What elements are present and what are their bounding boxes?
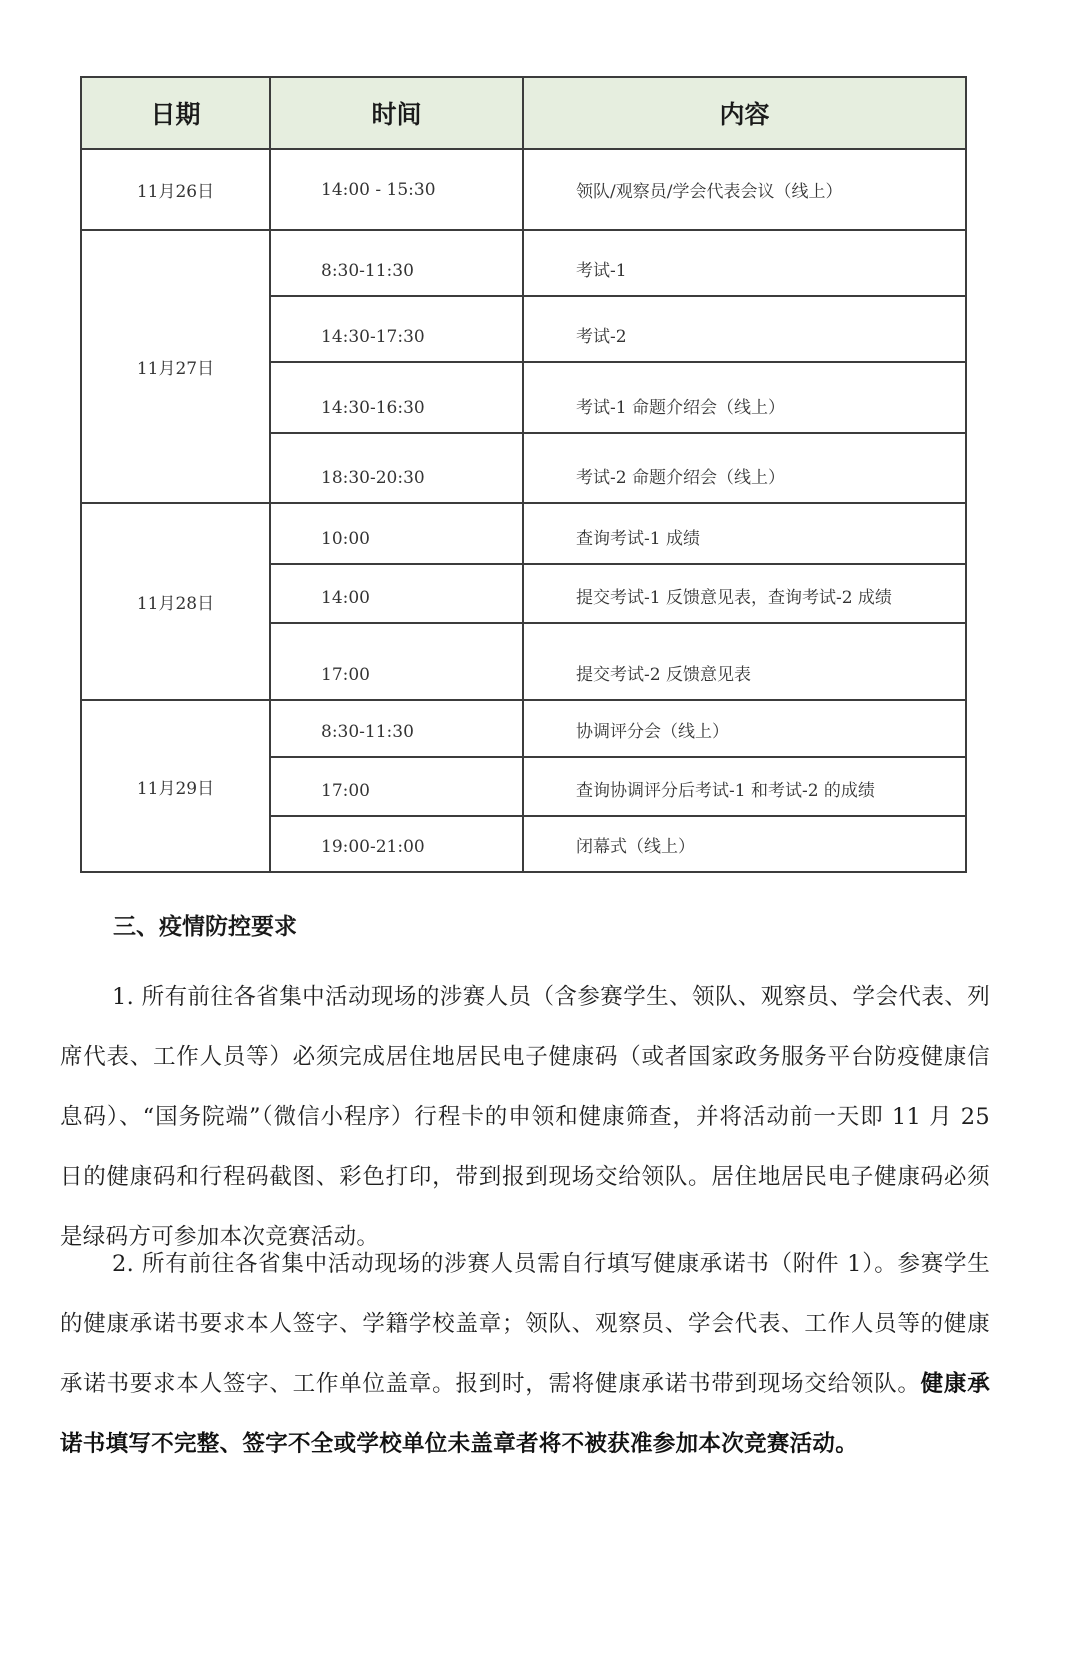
- table-row: 11月26日 14:00 - 15:30 领队/观察员/学会代表会议（线上）: [81, 149, 966, 230]
- time-cell: 10:00: [270, 503, 523, 564]
- table-row: 11月28日 10:00 查询考试-1 成绩: [81, 503, 966, 564]
- content-cell: 提交考试-1 反馈意见表，查询考试-2 成绩: [523, 564, 966, 623]
- date-cell: 11月27日: [81, 230, 270, 503]
- content-cell: 考试-1: [523, 230, 966, 296]
- time-cell: 17:00: [270, 623, 523, 700]
- date-cell: 11月29日: [81, 700, 270, 872]
- header-content: 内容: [523, 77, 966, 149]
- paragraph-1-text: 1. 所有前往各省集中活动现场的涉赛人员（含参赛学生、领队、观察员、学会代表、列…: [60, 984, 990, 1250]
- time-cell: 14:00 - 15:30: [270, 149, 523, 230]
- table-row: 11月27日 8:30-11:30 考试-1: [81, 230, 966, 296]
- paragraph-2: 2. 所有前往各省集中活动现场的涉赛人员需自行填写健康承诺书（附件 1）。参赛学…: [60, 1234, 990, 1474]
- section-heading: 三、疫情防控要求: [113, 908, 297, 941]
- date-cell: 11月28日: [81, 503, 270, 700]
- time-cell: 17:00: [270, 757, 523, 816]
- content-cell: 考试-1 命题介绍会（线上）: [523, 362, 966, 433]
- content-cell: 考试-2: [523, 296, 966, 362]
- time-cell: 14:30-16:30: [270, 362, 523, 433]
- header-date: 日期: [81, 77, 270, 149]
- time-cell: 19:00-21:00: [270, 816, 523, 872]
- time-cell: 8:30-11:30: [270, 700, 523, 757]
- paragraph-2-text: 2. 所有前往各省集中活动现场的涉赛人员需自行填写健康承诺书（附件 1）。参赛学…: [60, 1251, 990, 1397]
- date-cell: 11月26日: [81, 149, 270, 230]
- paragraph-1: 1. 所有前往各省集中活动现场的涉赛人员（含参赛学生、领队、观察员、学会代表、列…: [60, 967, 990, 1267]
- content-cell: 考试-2 命题介绍会（线上）: [523, 433, 966, 503]
- content-cell: 查询协调评分后考试-1 和考试-2 的成绩: [523, 757, 966, 816]
- content-cell: 查询考试-1 成绩: [523, 503, 966, 564]
- content-cell: 协调评分会（线上）: [523, 700, 966, 757]
- time-cell: 14:00: [270, 564, 523, 623]
- content-cell: 领队/观察员/学会代表会议（线上）: [523, 149, 966, 230]
- header-time: 时间: [270, 77, 523, 149]
- time-cell: 18:30-20:30: [270, 433, 523, 503]
- table-row: 11月29日 8:30-11:30 协调评分会（线上）: [81, 700, 966, 757]
- time-cell: 8:30-11:30: [270, 230, 523, 296]
- content-cell: 闭幕式（线上）: [523, 816, 966, 872]
- time-cell: 14:30-17:30: [270, 296, 523, 362]
- content-cell: 提交考试-2 反馈意见表: [523, 623, 966, 700]
- table-header-row: 日期 时间 内容: [81, 77, 966, 149]
- schedule-table: 日期 时间 内容 11月26日 14:00 - 15:30 领队/观察员/学会代…: [80, 76, 967, 873]
